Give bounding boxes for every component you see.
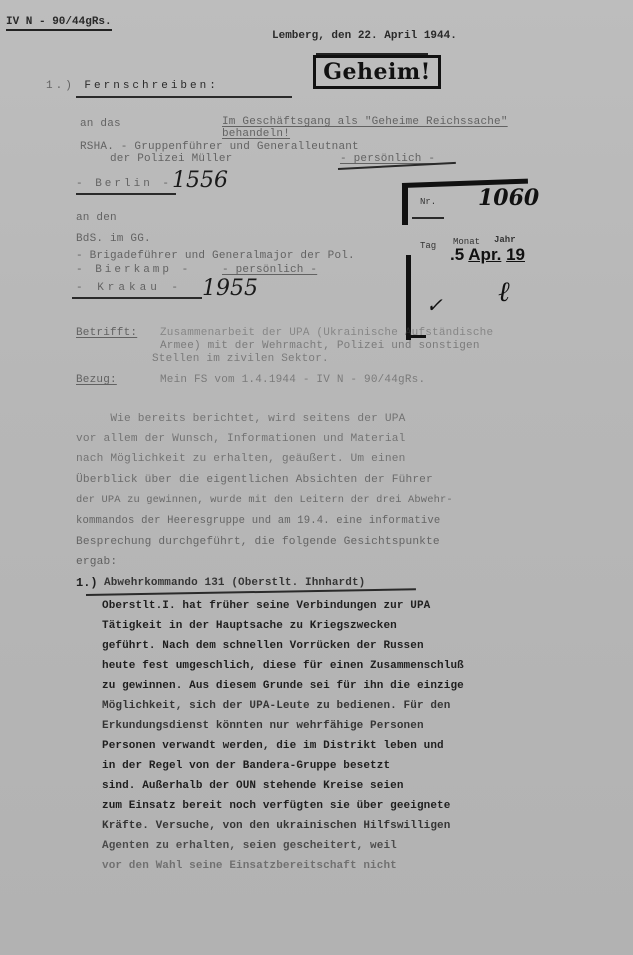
body-line: ergab: — [76, 556, 117, 568]
to-label-1: an das — [80, 118, 121, 130]
betrifft-line-2: Armee) mit der Wehrmacht, Polizei und so… — [160, 340, 480, 352]
section-1-line: Kräfte. Versuche, von den ukrainischen H… — [102, 820, 450, 832]
section-1-line: zum Einsatz bereit noch verfügten sie üb… — [102, 800, 450, 812]
section-1-line: in der Regel von der Bandera-Gruppe bese… — [102, 760, 390, 772]
betrifft-label: Betrifft: — [76, 327, 137, 339]
body-line: Wie bereits berichtet, wird seitens der … — [76, 413, 405, 425]
section-1-title: Abwehrkommando 131 (Oberstlt. Ihnhardt) — [104, 577, 365, 589]
heading: 1.) Fernschreiben: — [46, 80, 219, 92]
classification-stamp: Geheim! — [313, 55, 441, 89]
section-1-line: Oberstlt.I. hat früher seine Verbindunge… — [102, 600, 430, 612]
addressee-1-line-1: RSHA. - Gruppenführer und Generalleutnan… — [80, 141, 359, 153]
handwritten-note-2: 1955 — [202, 276, 258, 301]
handwritten-note-1: 1556 — [172, 168, 228, 193]
to-label-2: an den — [76, 212, 117, 224]
section-1-line: Agenten zu erhalten, seien gescheitert, … — [102, 840, 397, 852]
instruction-line-2: behandeln! — [222, 128, 290, 140]
addressee-2-line-1: BdS. im GG. — [76, 233, 151, 245]
receipt-stamp: Nr. 1060 Tag Monat Jahr .5 Apr. 19 ✓ ℓ — [398, 175, 528, 320]
heading-text: Fernschreiben: — [84, 80, 218, 92]
betrifft-line-3: Stellen im zivilen Sektor. — [152, 353, 329, 365]
addressee-1-city: - Berlin - — [76, 178, 172, 190]
addressee-2-city: - Krakau - — [76, 282, 182, 294]
section-1-line: sind. Außerhalb der OUN stehende Kreise … — [102, 780, 404, 792]
heading-underline — [76, 96, 292, 98]
section-1-line: geführt. Nach dem schnellen Vorrücken de… — [102, 640, 424, 652]
bezug-text: Mein FS vom 1.4.1944 - IV N - 90/44gRs. — [160, 374, 425, 386]
section-1-line: vor den Wahl seine Einsatzbereitschaft n… — [102, 860, 397, 872]
addressee-2-line-3: - Bierkamp - — [76, 264, 191, 276]
dateline: Lemberg, den 22. April 1944. — [272, 30, 457, 42]
classification-stamp-text: Geheim! — [323, 59, 431, 85]
stamp-number: 1060 — [478, 185, 539, 211]
document-page: IV N - 90/44gRs. Lemberg, den 22. April … — [0, 0, 633, 955]
body-line: Überblick über die eigentlichen Absichte… — [76, 474, 433, 486]
checkmark-icon: ✓ — [426, 293, 443, 317]
addressee-1-line-2: der Polizei Müller — [110, 153, 232, 165]
stamp-number-label: Nr. — [420, 197, 436, 207]
stamp-date-month: Apr. — [468, 245, 501, 264]
betrifft-line-1: Zusammenarbeit der UPA (Ukrainische Aufs… — [160, 327, 493, 339]
addressee-2-personal: - persönlich - — [222, 264, 317, 276]
section-1-line: Erkundungsdienst könnten nur wehrfähige … — [102, 720, 424, 732]
body-line: kommandos der Heeresgruppe und am 19.4. … — [76, 515, 440, 527]
section-1-line: Tätigkeit in der Hauptsache zu Kriegszwe… — [102, 620, 397, 632]
reference-number: IV N - 90/44gRs. — [6, 16, 112, 31]
stamp-date-year: 19 — [506, 245, 525, 264]
section-1-line: heute fest umgeschlich, diese für einen … — [102, 660, 464, 672]
body-line: vor allem der Wunsch, Informationen und … — [76, 433, 405, 445]
rule — [72, 297, 202, 299]
body-line: der UPA zu gewinnen, wurde mit den Leite… — [76, 494, 453, 506]
stamp-year-label: Jahr — [494, 235, 516, 245]
stamp-day-label: Tag — [420, 241, 436, 251]
rule — [76, 193, 176, 195]
rule — [412, 217, 444, 219]
signature-initials: ℓ — [498, 275, 510, 309]
section-1-line: zu gewinnen. Aus diesem Grunde sei für i… — [102, 680, 464, 692]
heading-number: 1.) — [46, 80, 75, 92]
stamp-date-day: .5 — [450, 245, 464, 264]
section-1-line: Möglichkeit, sich der UPA-Leute zu bedie… — [102, 700, 450, 712]
section-1-line: Personen verwandt werden, die im Distrik… — [102, 740, 444, 752]
stamp-border — [402, 183, 408, 225]
section-1-number: 1.) — [76, 576, 98, 590]
body-line: Besprechung durchgeführt, die folgende G… — [76, 536, 440, 548]
addressee-2-line-2: - Brigadeführer und Generalmajor der Pol… — [76, 250, 355, 262]
bezug-label: Bezug: — [76, 374, 117, 386]
instruction-line-1: Im Geschäftsgang als "Geheime Reichssach… — [222, 116, 508, 128]
body-line: nach Möglichkeit zu erhalten, geäußert. … — [76, 453, 405, 465]
stamp-date: .5 Apr. 19 — [450, 245, 525, 265]
rule — [86, 588, 416, 596]
